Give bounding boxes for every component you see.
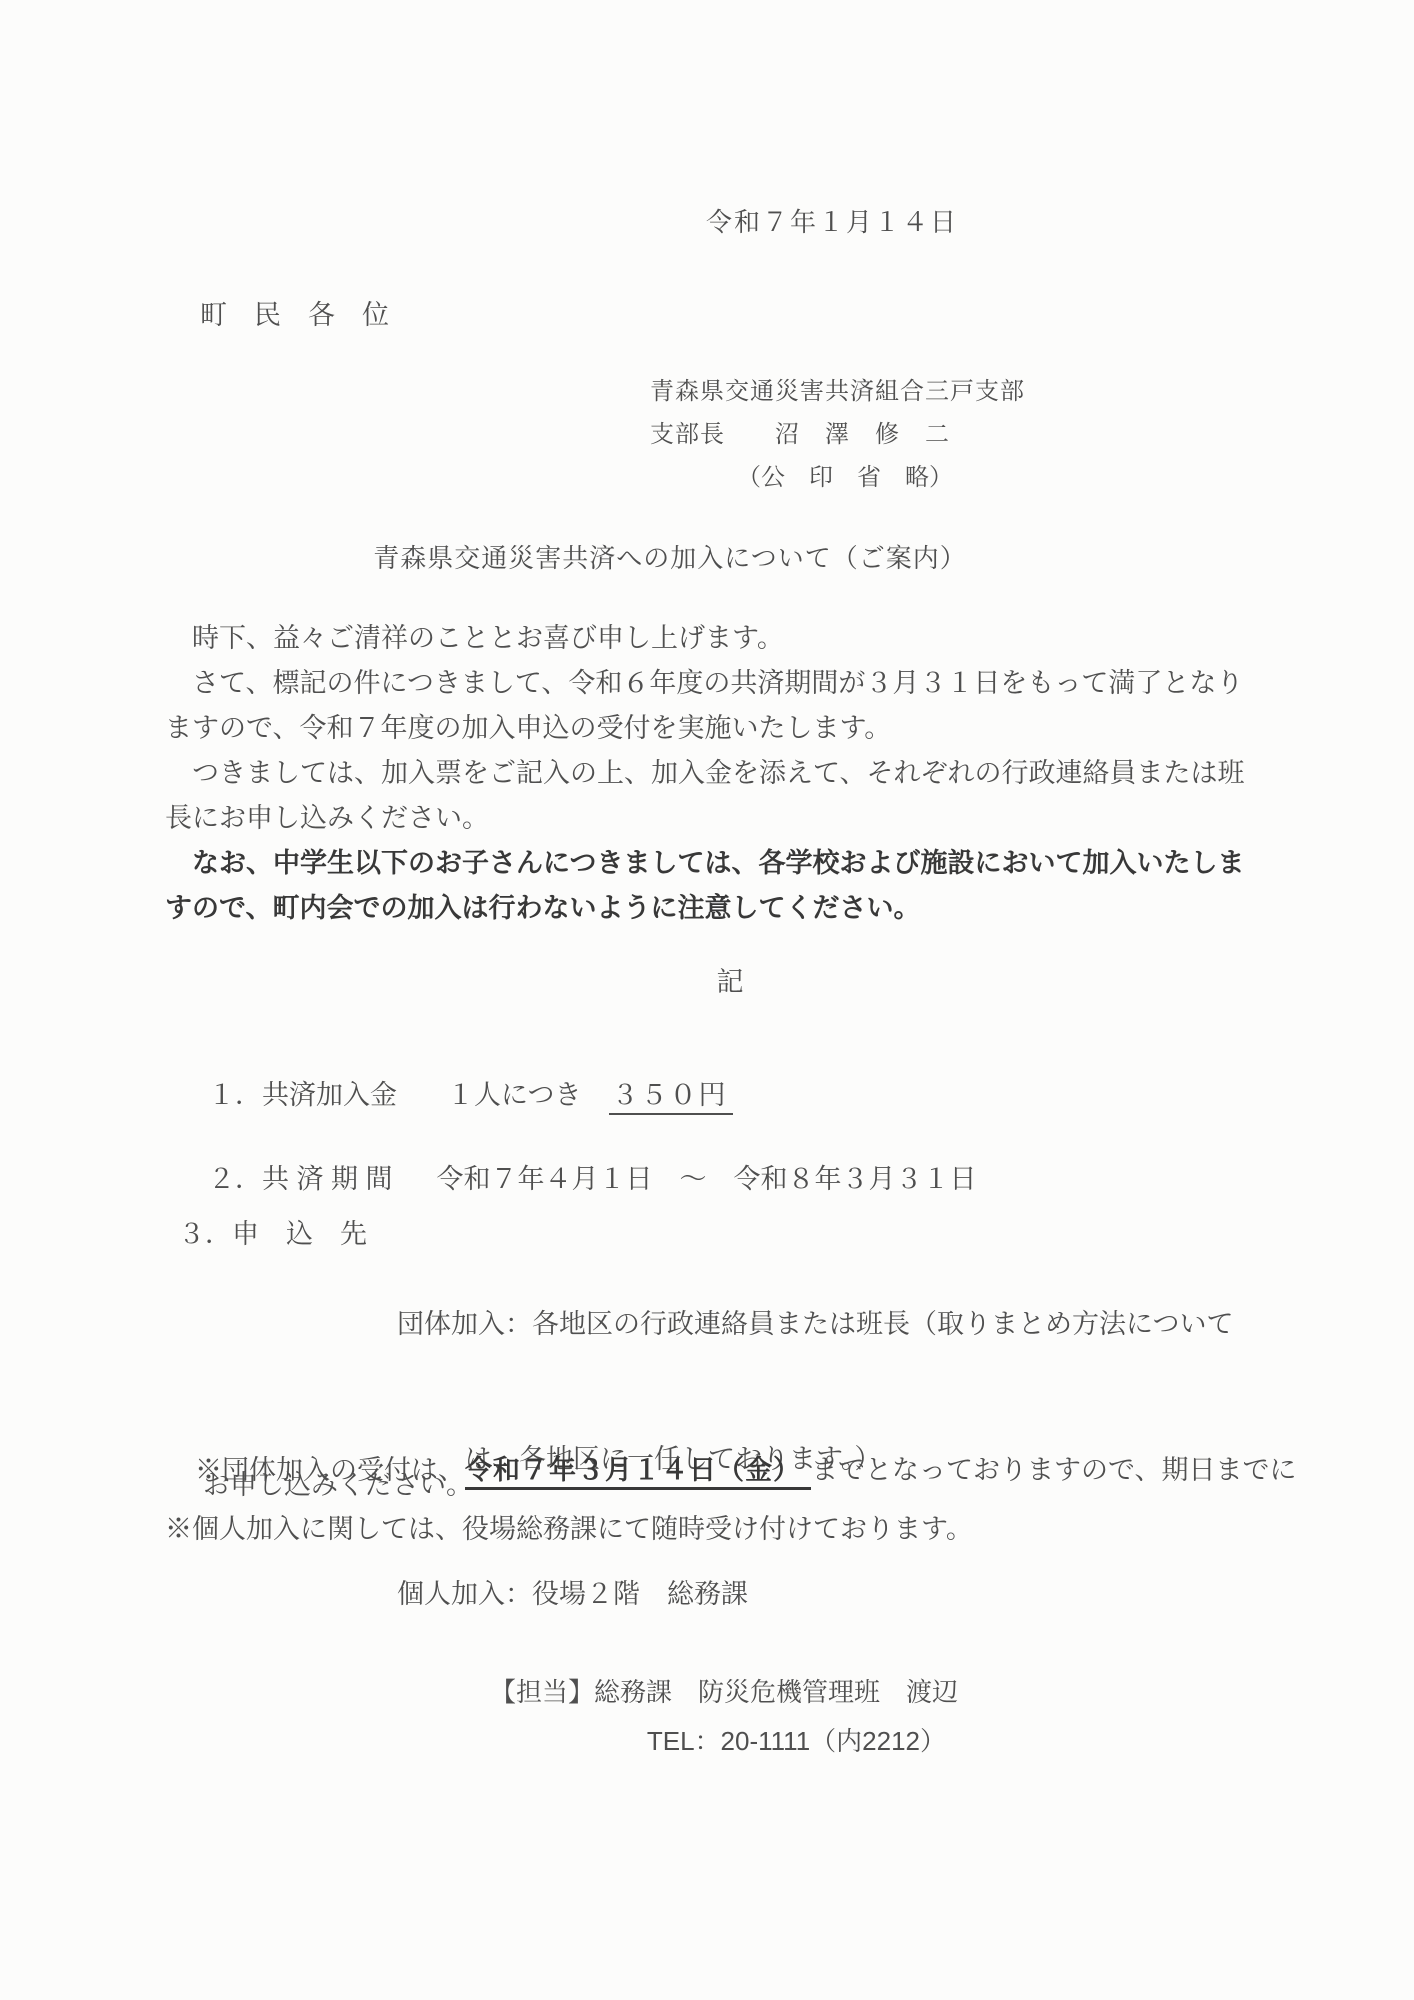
item-period-label: 共 済 期 間 — [262, 1164, 393, 1194]
paragraph-apply-line2: 長にお申し込みください。 — [165, 796, 1244, 841]
item-fee-amount: ３５０円 — [609, 1080, 733, 1115]
footer-contact-block: 【担当】総務課 防災危機管理班 渡辺 TEL：20-1111（内2212） — [0, 1668, 958, 1766]
paragraph-caution-line2: すので、町内会での加入は行わないように注意してください。 — [165, 886, 1244, 931]
contact-person-line: 【担当】総務課 防災危機管理班 渡辺 — [0, 1668, 958, 1717]
section-marker-ki: 記 — [165, 960, 1295, 999]
sender-organization: 青森県交通災害共済組合三戸支部 — [650, 371, 1025, 406]
contact-tel-line: TEL：20-1111（内2212） — [0, 1717, 958, 1766]
item-fee-unit: １人につき — [447, 1080, 581, 1110]
paragraph-greeting: 時下、益々ご清祥のこととお喜び申し上げます。 — [165, 616, 1244, 661]
item-apply-group-line1: 団体加入：各地区の行政連絡員または班長（取りまとめ方法について — [397, 1302, 1233, 1347]
note-deadline-date: 令和７年３月１４日（金） — [465, 1455, 811, 1490]
item-apply-individual: 個人加入：役場２階 総務課 — [397, 1572, 1233, 1617]
recipient: 町 民 各 位 — [200, 293, 389, 332]
item-apply-label: 申 込 先 — [232, 1219, 367, 1249]
seal-omitted-note: （公 印 省 略） — [737, 457, 953, 492]
note-individual-anytime: ※個人加入に関しては、役場総務課にて随時受け付けております。 — [165, 1507, 973, 1546]
paragraph-caution-line1: なお、中学生以下のお子さんにつきましては、各学校および施設において加入いたしま — [165, 841, 1244, 886]
scanned-letter-page: 令和７年１月１４日 町 民 各 位 青森県交通災害共済組合三戸支部 支部長 沼 … — [0, 0, 1414, 2000]
subject-title: 青森県交通災害共済への加入について（ご案内） — [0, 538, 1340, 575]
item-apply-number: ３． — [178, 1219, 232, 1249]
item-apply-heading: ３．申 込 先 — [178, 1212, 367, 1251]
body-paragraphs: 時下、益々ご清祥のこととお喜び申し上げます。 さて、標記の件につきまして、令和６… — [165, 616, 1244, 931]
item-period-range: 令和７年４月１日 ～ 令和８年３月３１日 — [437, 1164, 977, 1194]
note-deadline-suffix: までとなっておりますので、期日までに — [811, 1455, 1296, 1485]
paragraph-renewal-line2: ますので、令和７年度の加入申込の受付を実施いたします。 — [165, 706, 1244, 751]
item-fee-number: １． — [208, 1080, 262, 1110]
sender-chief-line: 支部長 沼 澤 修 二 — [650, 414, 950, 449]
item-period-number: ２． — [208, 1164, 262, 1194]
paragraph-apply-line1: つきましては、加入票をご記入の上、加入金を添えて、それぞれの行政連絡員または班 — [165, 751, 1244, 796]
date-line: 令和７年１月１４日 — [0, 202, 958, 239]
paragraph-renewal-line1: さて、標記の件につきまして、令和６年度の共済期間が３月３１日をもって満了となり — [165, 661, 1244, 706]
item-fee-label: 共済加入金 — [262, 1080, 397, 1110]
note-group-deadline-line2: お申し込みください。 — [203, 1463, 473, 1502]
